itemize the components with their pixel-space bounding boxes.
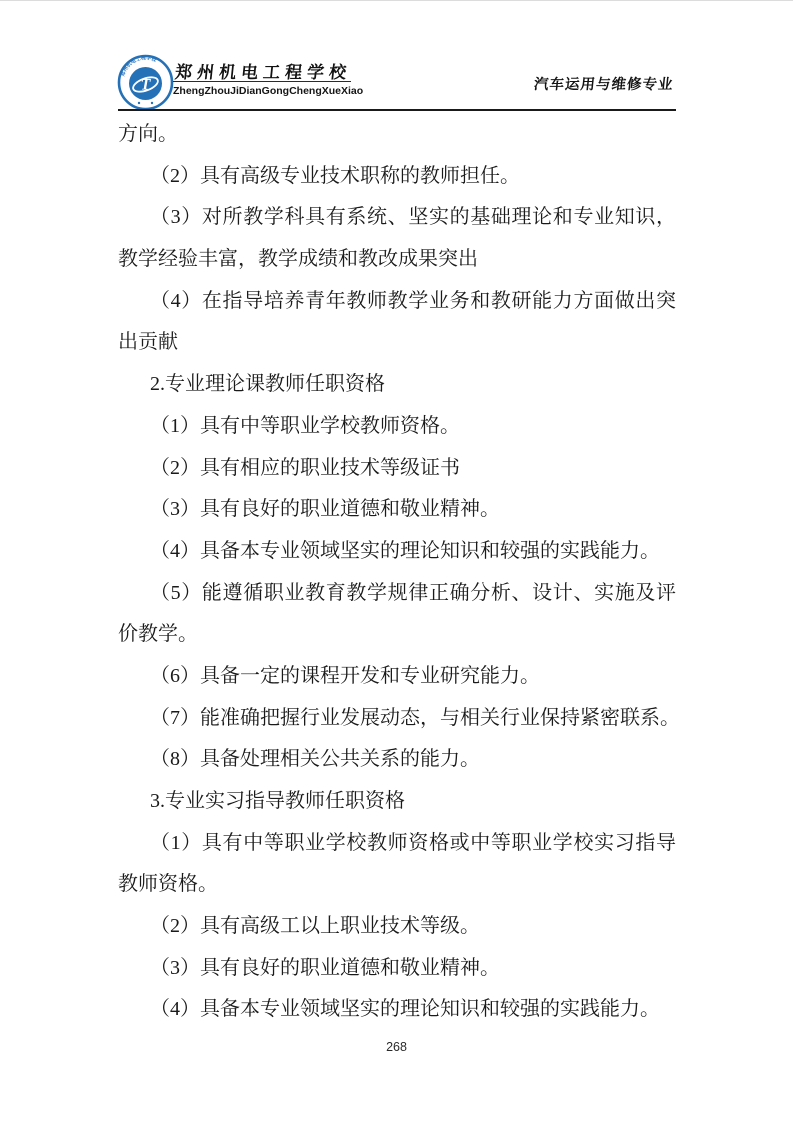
text-line: （4）具备本专业领域坚实的理论知识和较强的实践能力。 <box>118 989 676 1031</box>
text-line: （8）具备处理相关公共关系的能力。 <box>118 739 676 781</box>
school-name-underline <box>173 81 351 82</box>
text-line: （1）具有中等职业学校教师资格。 <box>118 406 676 448</box>
school-name-cn: 郑州机电工程学校 <box>174 58 353 83</box>
text-line: （4）在指导培养青年教师教学业务和教研能力方面做出突 <box>118 281 676 323</box>
text-line: 2.专业理论课教师任职资格 <box>118 364 676 406</box>
text-line: （3）具有良好的职业道德和敬业精神。 <box>118 948 676 990</box>
text-line: （6）具备一定的课程开发和专业研究能力。 <box>118 656 676 698</box>
text-line: （3）具有良好的职业道德和敬业精神。 <box>118 489 676 531</box>
text-line: （5）能遵循职业教育教学规律正确分析、设计、实施及评 <box>118 573 676 615</box>
text-line: 方向。 <box>118 114 676 156</box>
text-line: （4）具备本专业领域坚实的理论知识和较强的实践能力。 <box>118 531 676 573</box>
text-line: （2）具有高级专业技术职称的教师担任。 <box>118 156 676 198</box>
scan-edge-line <box>0 0 793 1</box>
text-line: （2）具有相应的职业技术等级证书 <box>118 448 676 490</box>
text-line: 3.专业实习指导教师任职资格 <box>118 781 676 823</box>
page-number: 268 <box>0 1040 793 1054</box>
major-title: 汽车运用与维修专业 <box>533 73 680 94</box>
text-line: 价教学。 <box>118 614 676 656</box>
document-body: 方向。（2）具有高级专业技术职称的教师担任。（3）对所教学科具有系统、坚实的基础… <box>118 114 676 1031</box>
text-line: （1）具有中等职业学校教师资格或中等职业学校实习指导 <box>118 823 676 865</box>
school-name-pinyin: ZhengZhouJiDianGongChengXueXiao <box>173 85 363 97</box>
text-line: 教师资格。 <box>118 864 676 906</box>
text-line: 教学经验丰富，教学成绩和教改成果突出 <box>118 239 676 281</box>
school-logo-icon: 郑州机电工程学校 T <box>117 54 174 111</box>
text-line: （3）对所教学科具有系统、坚实的基础理论和专业知识， <box>118 197 676 239</box>
logo-letter: T <box>141 77 152 94</box>
header-rule <box>118 109 676 111</box>
text-line: （2）具有高级工以上职业技术等级。 <box>118 906 676 948</box>
text-line: （7）能准确把握行业发展动态，与相关行业保持紧密联系。 <box>118 698 676 740</box>
document-page: 郑州机电工程学校 T 郑州机电工程学校 ZhengZhouJiDianGongC… <box>0 0 793 1122</box>
text-line: 出贡献 <box>118 322 676 364</box>
